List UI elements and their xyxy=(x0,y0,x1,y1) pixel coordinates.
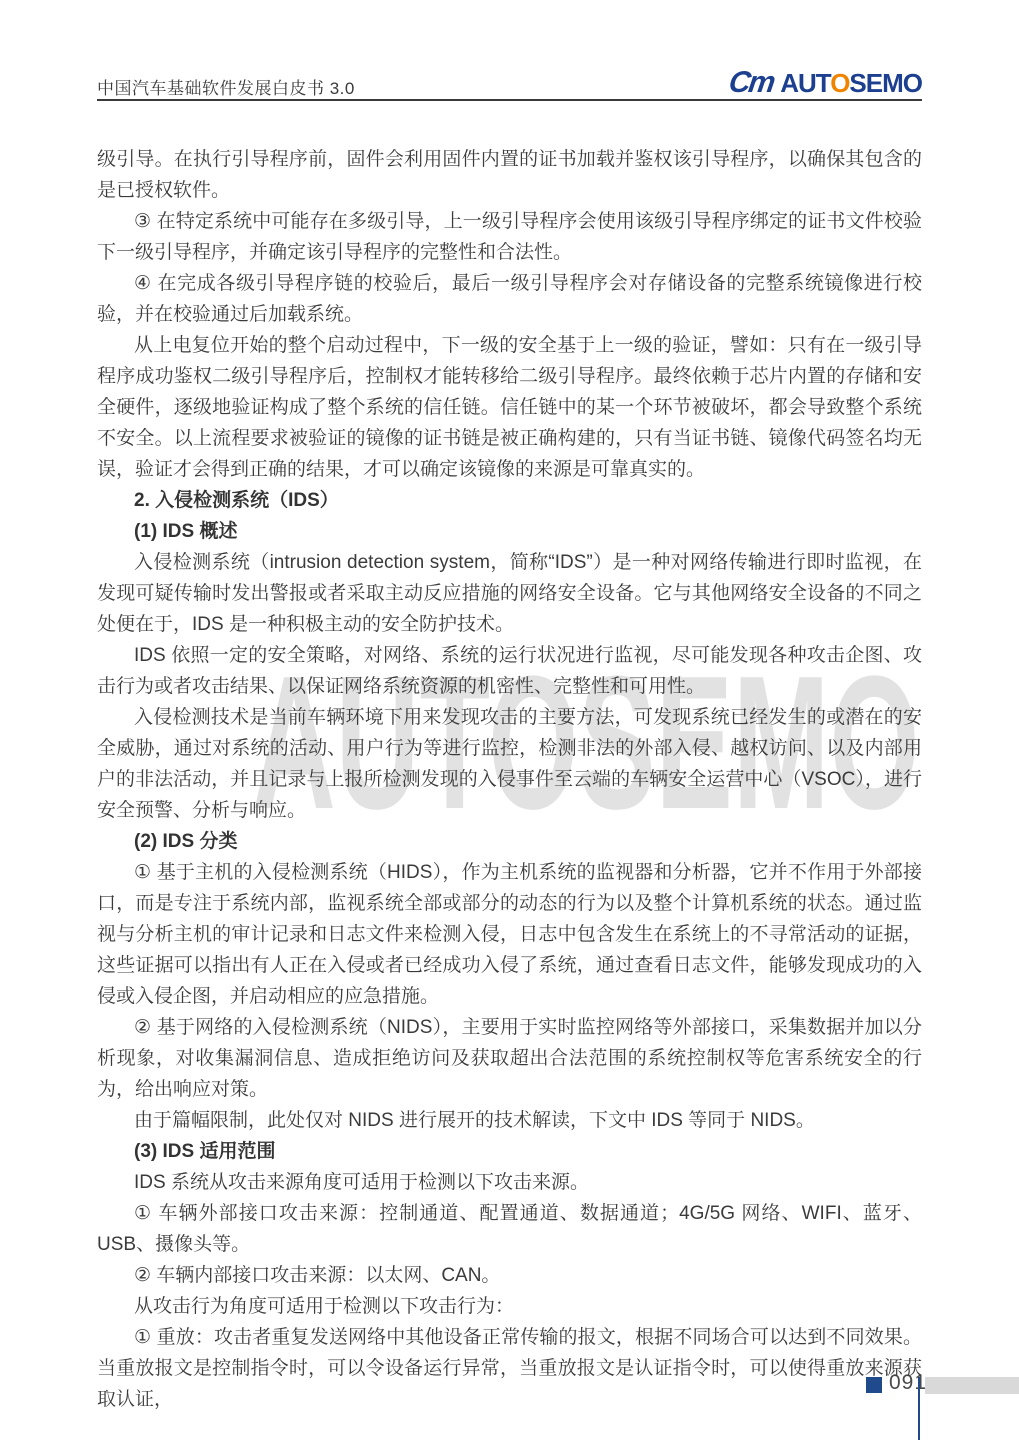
paragraph: ③ 在特定系统中可能存在多级引导，上一级引导程序会使用该级引导程序绑定的证书文件… xyxy=(97,206,922,268)
footer-gray-bar xyxy=(925,1377,1019,1394)
paragraph: ① 基于主机的入侵检测系统（HIDS），作为主机系统的监视器和分析器，它并不作用… xyxy=(97,857,922,1012)
paragraph: 由于篇幅限制，此处仅对 NIDS 进行展开的技术解读，下文中 IDS 等同于 N… xyxy=(97,1105,922,1136)
paragraph: 入侵检测系统（intrusion detection system，简称“IDS… xyxy=(97,547,922,640)
header-divider xyxy=(97,99,922,101)
paragraph: 级引导。在执行引导程序前，固件会利用固件内置的证书加载并鉴权该引导程序，以确保其… xyxy=(97,144,922,206)
paragraph: IDS 系统从攻击来源角度可适用于检测以下攻击来源。 xyxy=(97,1167,922,1198)
paragraph: IDS 依照一定的安全策略，对网络、系统的运行状况进行监视，尽可能发现各种攻击企… xyxy=(97,640,922,702)
section-heading-ids: 2. 入侵检测系统（IDS） xyxy=(97,485,922,516)
paragraph: ② 车辆内部接口攻击来源：以太网、CAN。 xyxy=(97,1260,922,1291)
paragraph: ④ 在完成各级引导程序链的校验后，最后一级引导程序会对存储设备的完整系统镜像进行… xyxy=(97,268,922,330)
logo-orange-o-icon: O xyxy=(830,68,849,98)
document-body: 级引导。在执行引导程序前，固件会利用固件内置的证书加载并鉴权该引导程序，以确保其… xyxy=(97,144,922,1415)
document-page: 中国汽车基础软件发展白皮书 3.0 Cm AUTOSEMO AUTOSEMO 级… xyxy=(0,0,1019,1440)
document-title: 中国汽车基础软件发展白皮书 3.0 xyxy=(97,74,355,99)
paragraph: 从攻击行为角度可适用于检测以下攻击行为： xyxy=(97,1291,922,1322)
paragraph: ① 车辆外部接口攻击来源：控制通道、配置通道、数据通道；4G/5G 网络、WIF… xyxy=(97,1198,922,1260)
paragraph: 入侵检测技术是当前车辆环境下用来发现攻击的主要方法，可发现系统已经发生的或潜在的… xyxy=(97,702,922,826)
subsection-heading-ids-classification: (2) IDS 分类 xyxy=(97,826,922,857)
paragraph: ① 重放：攻击者重复发送网络中其他设备正常传输的报文，根据不同场合可以达到不同效… xyxy=(97,1322,922,1415)
paragraph: 从上电复位开始的整个启动过程中，下一级的安全基于上一级的验证，譬如：只有在一级引… xyxy=(97,330,922,485)
paragraph: ② 基于网络的入侵检测系统（NIDS），主要用于实时监控网络等外部接口，采集数据… xyxy=(97,1012,922,1105)
subsection-heading-ids-overview: (1) IDS 概述 xyxy=(97,516,922,547)
logo-wordmark: AUTOSEMO xyxy=(780,68,922,99)
subsection-heading-ids-scope: (3) IDS 适用范围 xyxy=(97,1136,922,1167)
autosemo-logo: Cm AUTOSEMO xyxy=(729,68,922,98)
logo-cm-monogram-icon: Cm xyxy=(726,66,775,100)
